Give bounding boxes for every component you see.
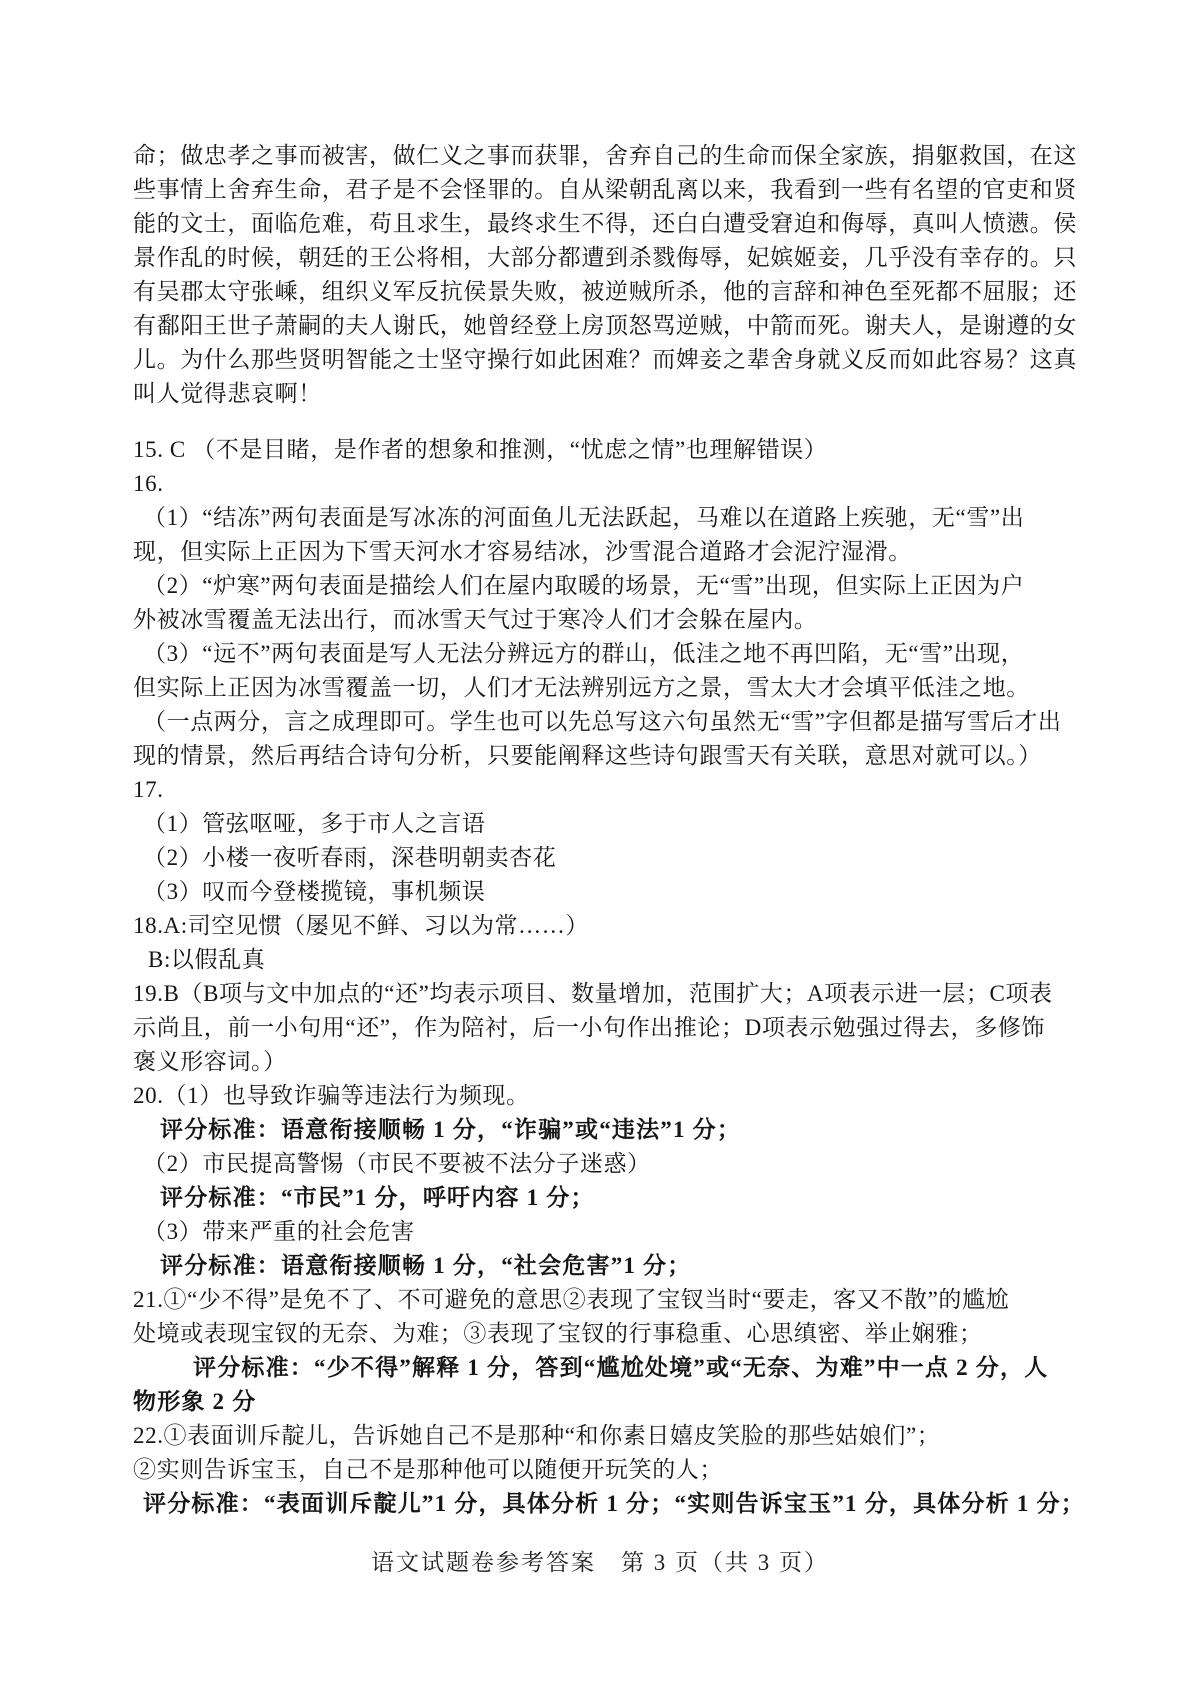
answer-line: （2）小楼一夜听春雨，深巷明朝卖杏花 (133, 841, 1077, 875)
page-footer: 语文试题卷参考答案 第 3 页（共 3 页） (0, 1544, 1200, 1577)
paragraph-gap (133, 411, 1077, 433)
answer-line: （3）叹而今登楼揽镜，事机频误 (133, 875, 1077, 909)
intro-line: 有鄱阳王世子萧嗣的夫人谢氏，她曾经登上房顶怒骂逆贼，中箭而死。谢夫人，是谢遵的女 (133, 309, 1077, 343)
answer-line: 褒义形容词。） (133, 1045, 1077, 1079)
answer-line-18: 18.A:司空见惯（屡见不鲜、习以为常……） (133, 909, 1077, 943)
answer-line-22: 22.①表面训斥靛儿，告诉她自己不是那种“和你素日嬉皮笑脸的那些姑娘们”； (133, 1419, 1077, 1453)
intro-line: 景作乱的时候，朝廷的王公将相，大部分都遭到杀戮侮辱，妃嫔姬妾，几乎没有幸存的。只 (133, 241, 1077, 275)
answer-line: （2）市民提高警惕（市民不要被不法分子迷惑） (133, 1147, 1077, 1181)
answer-line-16: 16. (133, 467, 1077, 501)
answer-line-19: 19.B（B项与文中加点的“还”均表示项目、数量增加，范围扩大；A项表示进一层；… (133, 977, 1077, 1011)
answer-line-21: 21.①“少不得”是免不了、不可避免的意思②表现了宝钗当时“要走，客又不散”的尴… (133, 1283, 1077, 1317)
answer-line-17: 17. (133, 773, 1077, 807)
answer-line: （3）带来严重的社会危害 (133, 1215, 1077, 1249)
answer-text-block: 命；做忠孝之事而被害，做仁义之事而获罪，舍弃自己的生命而保全家族，捐躯救国，在这… (133, 139, 1077, 1521)
answer-line: 示尚且，前一小句用“还”，作为陪衬，后一小句作出推论；D项表示勉强过得去，多修饰 (133, 1011, 1077, 1045)
intro-line: 能的文士，面临危难，苟且求生，最终求生不得，还白白遭受窘迫和侮辱，真叫人愤懑。侯 (133, 207, 1077, 241)
criteria-line: 评分标准：“表面训斥靛儿”1 分，具体分析 1 分；“实则告诉宝玉”1 分，具体… (133, 1487, 1077, 1521)
answer-line-20: 20.（1）也导致诈骗等违法行为频现。 (133, 1079, 1077, 1113)
intro-line: 些事情上舍弃生命，君子是不会怪罪的。自从梁朝乱离以来，我看到一些有名望的官吏和贤 (133, 173, 1077, 207)
intro-line: 叫人觉得悲哀啊！ (133, 377, 1077, 411)
answer-line: ②实则告诉宝玉，自己不是那种他可以随便开玩笑的人； (133, 1453, 1077, 1487)
answer-line: 现的情景，然后再结合诗句分析，只要能阐释这些诗句跟雪天有关联，意思对就可以。） (133, 739, 1077, 773)
answer-line: 现，但实际上正因为下雪天河水才容易结冰，沙雪混合道路才会泥泞湿滑。 (133, 535, 1077, 569)
answer-line: B:以假乱真 (133, 943, 1077, 977)
answer-line: 外被冰雪覆盖无法出行，而冰雪天气过于寒冷人们才会躲在屋内。 (133, 603, 1077, 637)
criteria-line: 评分标准：语意衔接顺畅 1 分，“诈骗”或“违法”1 分； (133, 1113, 1077, 1147)
answer-line: （1）“结冻”两句表面是写冰冻的河面鱼儿无法跃起，马难以在道路上疾驰，无“雪”出 (133, 501, 1077, 535)
criteria-line: 物形象 2 分 (133, 1385, 1077, 1419)
intro-line: 有吴郡太守张嵊，组织义军反抗侯景失败，被逆贼所杀，他的言辞和神色至死都不屈服；还 (133, 275, 1077, 309)
answer-line: 但实际上正因为冰雪覆盖一切，人们才无法辨别远方之景，雪太大才会填平低洼之地。 (133, 671, 1077, 705)
answer-line: 处境或表现宝钗的无奈、为难；③表现了宝钗的行事稳重、心思缜密、举止娴雅； (133, 1317, 1077, 1351)
intro-line: 命；做忠孝之事而被害，做仁义之事而获罪，舍弃自己的生命而保全家族，捐躯救国，在这 (133, 139, 1077, 173)
answer-line-15: 15. C （不是目睹，是作者的想象和推测，“忧虑之情”也理解错误） (133, 433, 1077, 467)
exam-answer-sheet-page: 命；做忠孝之事而被害，做仁义之事而获罪，舍弃自己的生命而保全家族，捐躯救国，在这… (0, 0, 1200, 1697)
criteria-line: 评分标准：“市民”1 分，呼吁内容 1 分； (133, 1181, 1077, 1215)
criteria-line: 评分标准：“少不得”解释 1 分，答到“尴尬处境”或“无奈、为难”中一点 2 分… (133, 1351, 1077, 1385)
intro-line: 儿。为什么那些贤明智能之士坚守操行如此困难？而婢妾之辈舍身就义反而如此容易？这真 (133, 343, 1077, 377)
answer-line: （一点两分，言之成理即可。学生也可以先总写这六句虽然无“雪”字但都是描写雪后才出 (133, 705, 1077, 739)
answer-line: （3）“远不”两句表面是写人无法分辨远方的群山，低洼之地不再凹陷，无“雪”出现， (133, 637, 1077, 671)
criteria-line: 评分标准：语意衔接顺畅 1 分，“社会危害”1 分； (133, 1249, 1077, 1283)
answer-line: （1）管弦呕哑，多于市人之言语 (133, 807, 1077, 841)
answer-line: （2）“炉寒”两句表面是描绘人们在屋内取暖的场景，无“雪”出现，但实际上正因为户 (133, 569, 1077, 603)
